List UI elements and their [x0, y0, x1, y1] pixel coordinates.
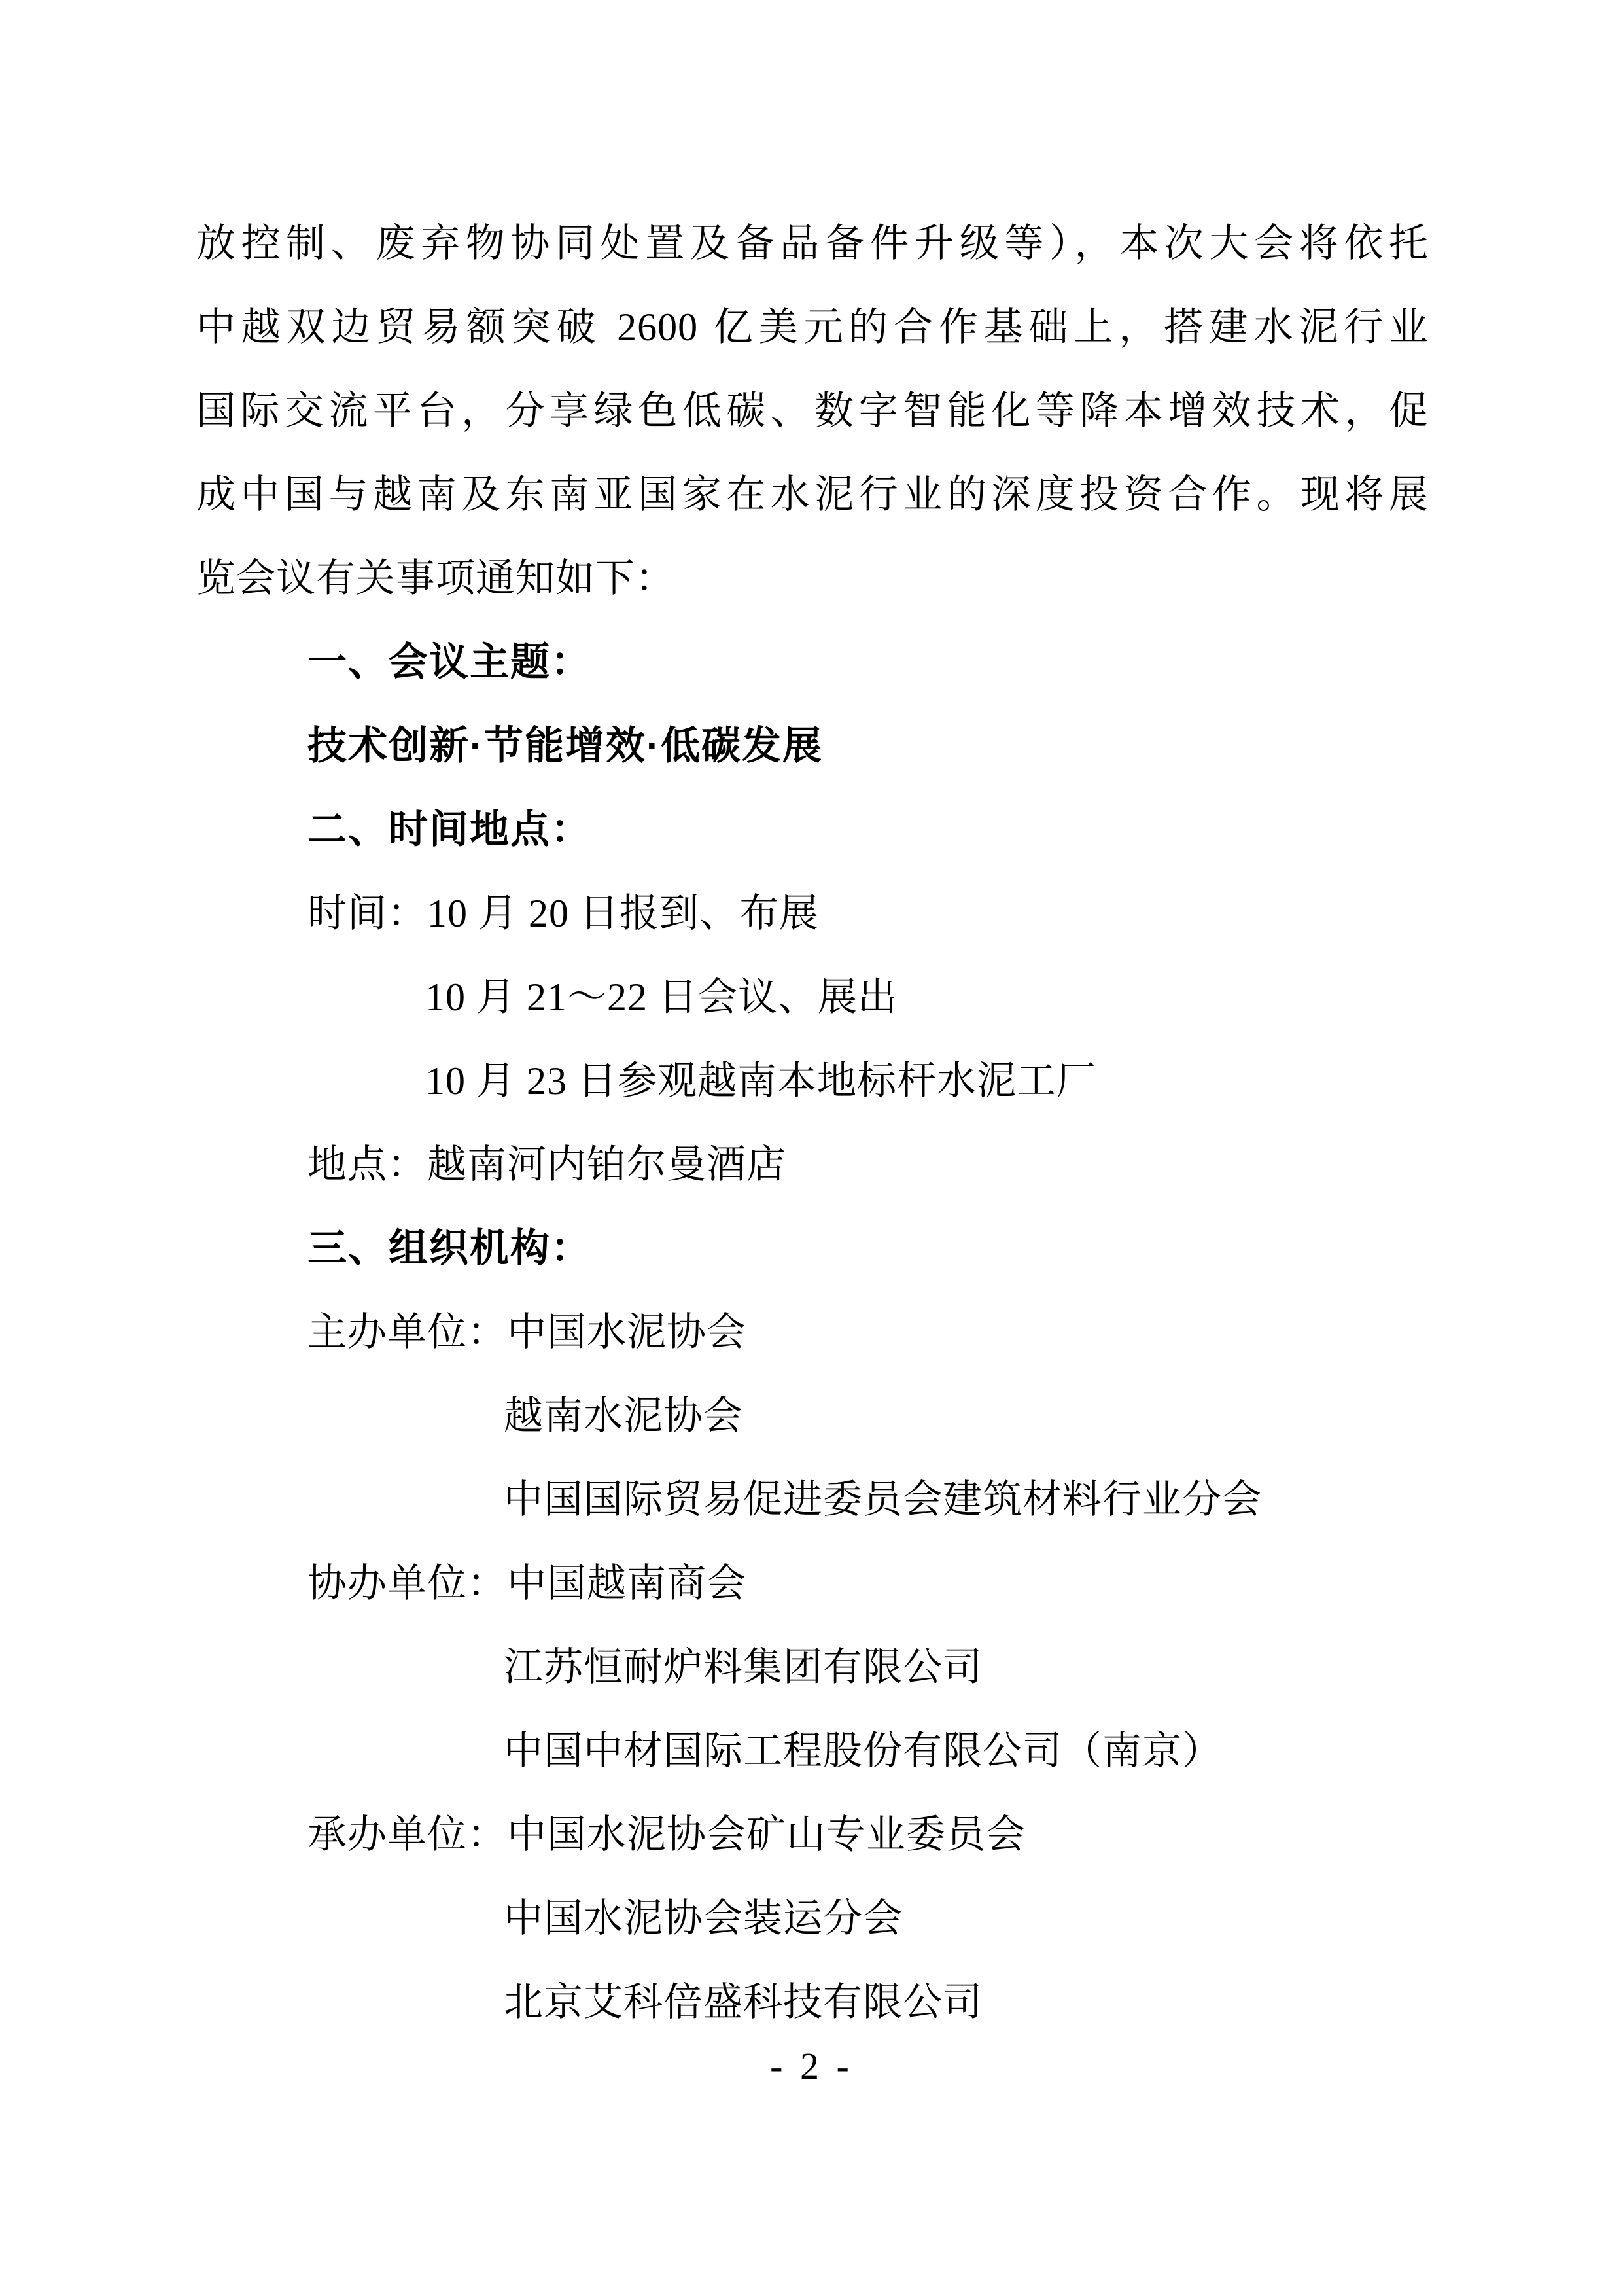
text-line: 中国国际贸易促进委员会建筑材料行业分会 — [504, 1458, 1429, 1542]
page-number: - 2 - — [770, 2045, 853, 2087]
text-line: 一、会议主题： — [307, 620, 1429, 704]
document-body: 放控制、废弃物协同处置及备品备件升级等），本次大会将依托中越双边贸易额突破 26… — [196, 202, 1429, 2044]
text-line: 成中国与越南及东南亚国家在水泥行业的深度投资合作。现将展 — [196, 453, 1429, 537]
text-line: 主办单位：中国水泥协会 — [307, 1290, 1429, 1374]
text-line: 北京艾科倍盛科技有限公司 — [504, 1960, 1429, 2044]
text-line: 地点：越南河内铂尔曼酒店 — [307, 1123, 1429, 1207]
text-line: 10 月 21～22 日会议、展出 — [425, 955, 1429, 1039]
text-line: 二、时间地点： — [307, 788, 1429, 872]
document-page: 放控制、废弃物协同处置及备品备件升级等），本次大会将依托中越双边贸易额突破 26… — [0, 0, 1623, 2296]
text-line: 越南水泥协会 — [504, 1374, 1429, 1458]
text-line: 技术创新·节能增效·低碳发展 — [307, 704, 1429, 788]
text-line: 三、组织机构： — [307, 1207, 1429, 1290]
text-line: 时间：10 月 20 日报到、布展 — [307, 872, 1429, 955]
text-line: 中国中材国际工程股份有限公司（南京） — [504, 1709, 1429, 1793]
text-line: 10 月 23 日参观越南本地标杆水泥工厂 — [425, 1039, 1429, 1123]
text-line: 放控制、废弃物协同处置及备品备件升级等），本次大会将依托 — [196, 202, 1429, 285]
text-line: 国际交流平台，分享绿色低碳、数字智能化等降本增效技术，促 — [196, 369, 1429, 453]
text-line: 览会议有关事项通知如下： — [196, 537, 1429, 620]
text-line: 协办单位：中国越南商会 — [307, 1542, 1429, 1625]
text-line: 中国水泥协会装运分会 — [504, 1877, 1429, 1960]
text-line: 江苏恒耐炉料集团有限公司 — [504, 1625, 1429, 1709]
page-footer: - 2 - — [0, 2040, 1623, 2093]
text-line: 中越双边贸易额突破 2600 亿美元的合作基础上，搭建水泥行业 — [196, 285, 1429, 369]
text-line: 承办单位：中国水泥协会矿山专业委员会 — [307, 1793, 1429, 1877]
